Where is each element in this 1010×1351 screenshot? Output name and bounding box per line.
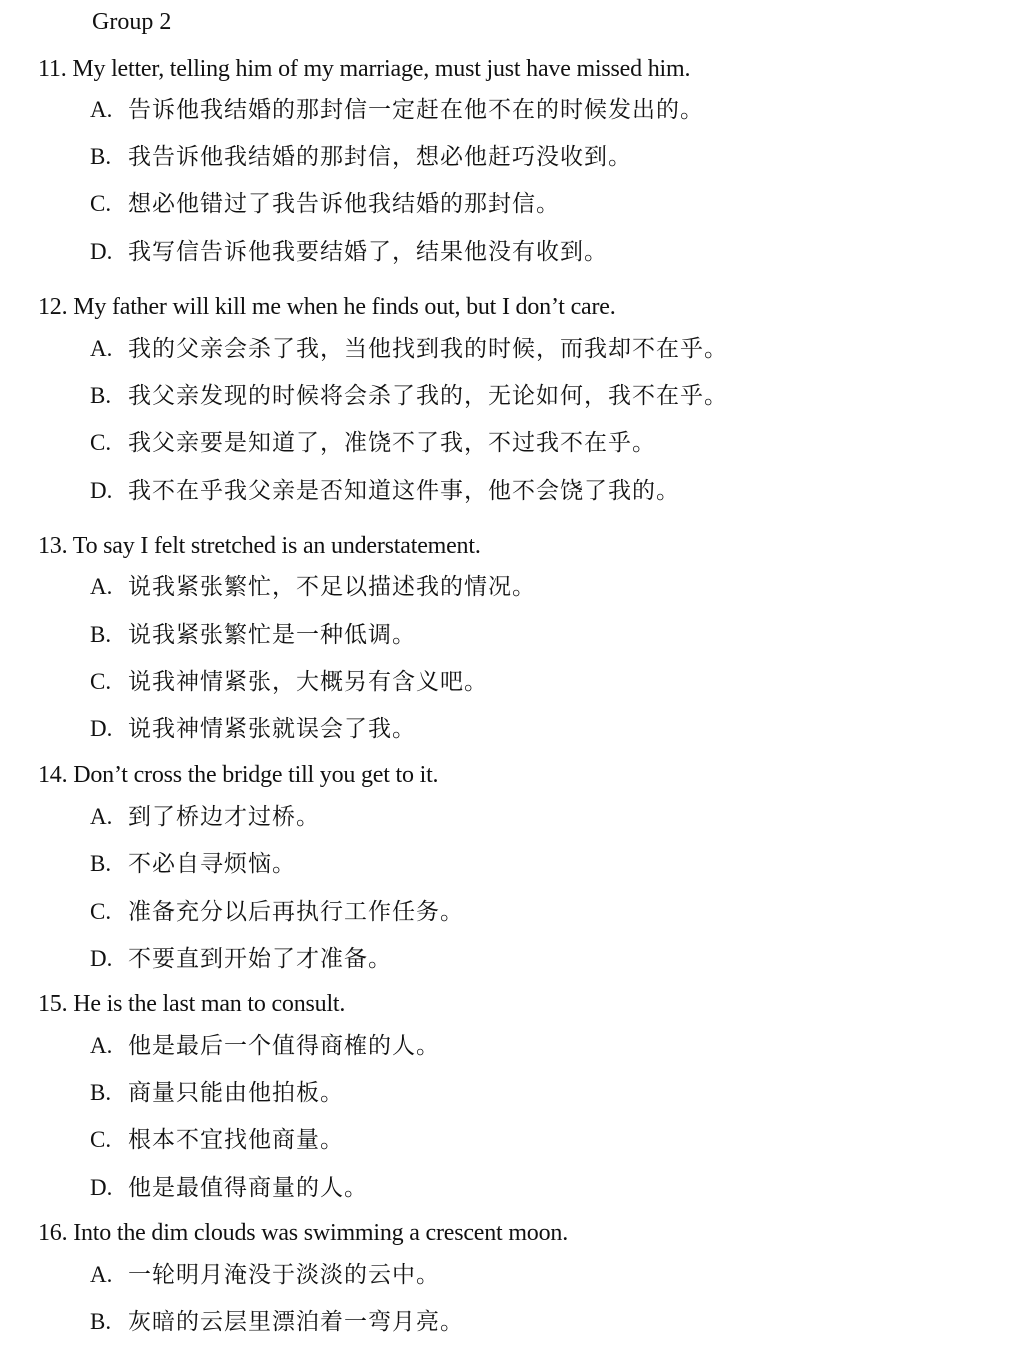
option-13-c: C.说我神情紧张，大概另有含义吧。 <box>90 666 488 698</box>
option-12-d: D.我不在乎我父亲是否知道这件事，他不会饶了我的。 <box>90 475 680 507</box>
option-11-d: D.我写信告诉他我要结婚了，结果他没有收到。 <box>90 236 608 268</box>
question-text: My letter, telling him of my marriage, m… <box>72 56 690 82</box>
option-13-d: D.说我神情紧张就误会了我。 <box>90 713 416 745</box>
option-letter: A. <box>90 1030 128 1062</box>
option-letter: C. <box>90 1124 128 1156</box>
option-letter: B. <box>90 619 128 651</box>
group-title: Group 2 <box>92 6 171 38</box>
option-letter: D. <box>90 943 128 975</box>
option-text: 不必自寻烦恼。 <box>128 851 296 876</box>
option-text: 我的父亲会杀了我，当他找到我的时候，而我却不在乎。 <box>128 336 728 361</box>
question-13: 13. To say I felt stretched is an unders… <box>38 530 481 562</box>
option-letter: B. <box>90 1306 128 1338</box>
option-15-b: B.商量只能由他拍板。 <box>90 1077 344 1109</box>
option-16-b: B.灰暗的云层里漂泊着一弯月亮。 <box>90 1306 464 1338</box>
question-number: 13. <box>38 533 67 559</box>
option-text: 他是最后一个值得商榷的人。 <box>128 1033 440 1058</box>
option-text: 到了桥边才过桥。 <box>128 804 320 829</box>
question-15: 15. He is the last man to consult. <box>38 988 345 1020</box>
option-11-c: C.想必他错过了我告诉他我结婚的那封信。 <box>90 188 560 220</box>
question-number: 15. <box>38 991 67 1017</box>
option-text: 我不在乎我父亲是否知道这件事，他不会饶了我的。 <box>128 478 680 503</box>
option-text: 我告诉他我结婚的那封信，想必他赶巧没收到。 <box>128 144 632 169</box>
option-letter: A. <box>90 333 128 365</box>
option-14-d: D.不要直到开始了才准备。 <box>90 943 392 975</box>
option-text: 告诉他我结婚的那封信一定赶在他不在的时候发出的。 <box>128 97 704 122</box>
question-number: 16. <box>38 1220 67 1246</box>
option-letter: B. <box>90 141 128 173</box>
option-text: 一轮明月淹没于淡淡的云中。 <box>128 1262 440 1287</box>
option-text: 不要直到开始了才准备。 <box>128 946 392 971</box>
option-text: 说我紧张繁忙是一种低调。 <box>128 622 416 647</box>
question-text: My father will kill me when he finds out… <box>73 294 615 320</box>
option-13-b: B.说我紧张繁忙是一种低调。 <box>90 619 416 651</box>
option-14-c: C.准备充分以后再执行工作任务。 <box>90 896 464 928</box>
question-text: Don’t cross the bridge till you get to i… <box>73 762 438 788</box>
option-letter: C. <box>90 188 128 220</box>
option-text: 灰暗的云层里漂泊着一弯月亮。 <box>128 1309 464 1334</box>
option-12-b: B.我父亲发现的时候将会杀了我的，无论如何，我不在乎。 <box>90 380 728 412</box>
option-letter: D. <box>90 475 128 507</box>
option-text: 他是最值得商量的人。 <box>128 1175 368 1200</box>
option-text: 说我神情紧张，大概另有含义吧。 <box>128 669 488 694</box>
option-letter: C. <box>90 896 128 928</box>
option-15-c: C.根本不宜找他商量。 <box>90 1124 344 1156</box>
option-text: 想必他错过了我告诉他我结婚的那封信。 <box>128 191 560 216</box>
option-14-b: B.不必自寻烦恼。 <box>90 848 296 880</box>
option-text: 我父亲发现的时候将会杀了我的，无论如何，我不在乎。 <box>128 383 728 408</box>
option-letter: B. <box>90 1077 128 1109</box>
option-14-a: A.到了桥边才过桥。 <box>90 801 320 833</box>
question-text: Into the dim clouds was swimming a cresc… <box>73 1220 568 1246</box>
document-page: Group 2 11. My letter, telling him of my… <box>0 0 1010 1351</box>
option-11-b: B.我告诉他我结婚的那封信，想必他赶巧没收到。 <box>90 141 632 173</box>
question-text: He is the last man to consult. <box>73 991 345 1017</box>
option-text: 我写信告诉他我要结婚了，结果他没有收到。 <box>128 239 608 264</box>
question-12: 12. My father will kill me when he finds… <box>38 291 616 323</box>
option-text: 根本不宜找他商量。 <box>128 1127 344 1152</box>
option-letter: A. <box>90 801 128 833</box>
option-letter: D. <box>90 236 128 268</box>
question-number: 11. <box>38 56 67 82</box>
option-15-a: A.他是最后一个值得商榷的人。 <box>90 1030 440 1062</box>
option-letter: B. <box>90 380 128 412</box>
option-12-c: C.我父亲要是知道了，准饶不了我，不过我不在乎。 <box>90 427 656 459</box>
question-number: 14. <box>38 762 67 788</box>
option-letter: D. <box>90 713 128 745</box>
question-text: To say I felt stretched is an understate… <box>73 533 481 559</box>
option-15-d: D.他是最值得商量的人。 <box>90 1172 368 1204</box>
option-13-a: A.说我紧张繁忙，不足以描述我的情况。 <box>90 571 536 603</box>
option-letter: C. <box>90 427 128 459</box>
option-text: 商量只能由他拍板。 <box>128 1080 344 1105</box>
question-number: 12. <box>38 294 67 320</box>
option-letter: A. <box>90 94 128 126</box>
option-12-a: A.我的父亲会杀了我，当他找到我的时候，而我却不在乎。 <box>90 333 728 365</box>
option-16-a: A.一轮明月淹没于淡淡的云中。 <box>90 1259 440 1291</box>
option-text: 说我紧张繁忙，不足以描述我的情况。 <box>128 574 536 599</box>
option-letter: B. <box>90 848 128 880</box>
option-text: 说我神情紧张就误会了我。 <box>128 716 416 741</box>
option-letter: A. <box>90 1259 128 1291</box>
option-letter: A. <box>90 571 128 603</box>
question-14: 14. Don’t cross the bridge till you get … <box>38 759 438 791</box>
option-11-a: A.告诉他我结婚的那封信一定赶在他不在的时候发出的。 <box>90 94 704 126</box>
option-letter: C. <box>90 666 128 698</box>
question-16: 16. Into the dim clouds was swimming a c… <box>38 1217 568 1249</box>
option-text: 准备充分以后再执行工作任务。 <box>128 899 464 924</box>
option-text: 我父亲要是知道了，准饶不了我，不过我不在乎。 <box>128 430 656 455</box>
question-11: 11. My letter, telling him of my marriag… <box>38 53 690 85</box>
option-letter: D. <box>90 1172 128 1204</box>
